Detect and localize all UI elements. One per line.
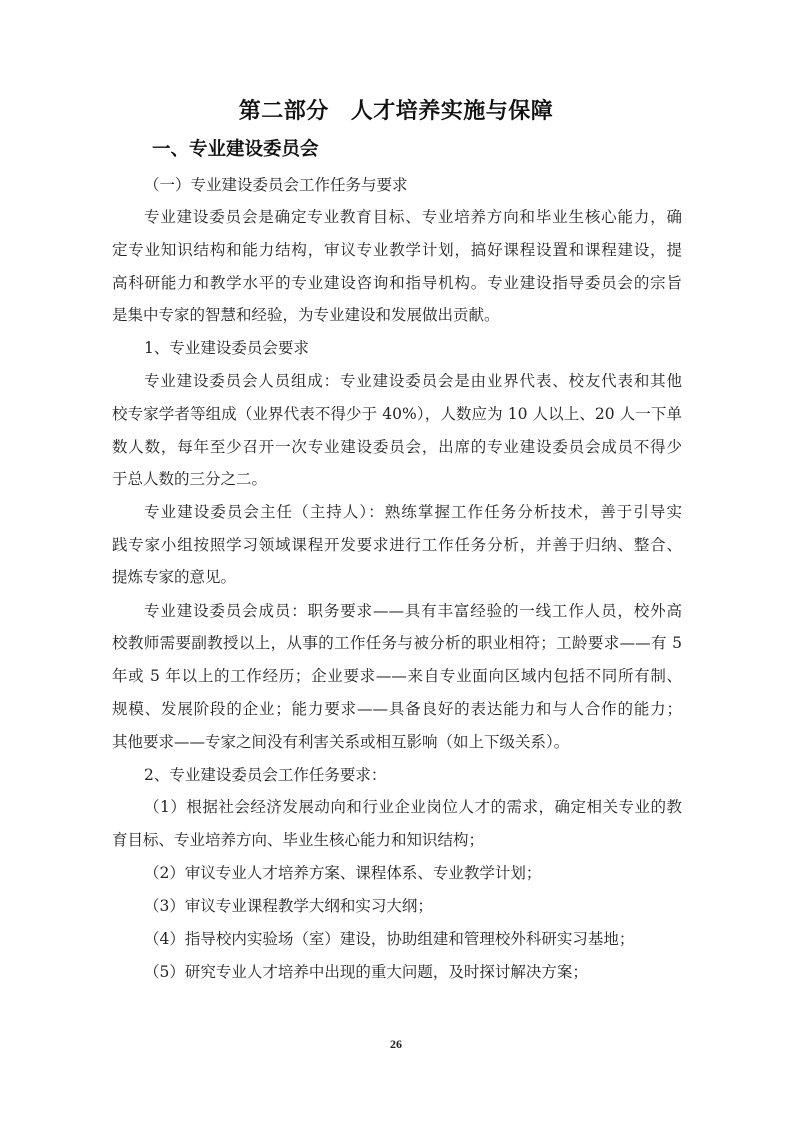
list-item: （1）根据社会经济发展动向和行业企业岗位人才的需求，确定相关专业的教 xyxy=(144,797,682,817)
paragraph-line: 践专家小组按照学习领域课程开发要求进行工作任务分析，并善于归纳、整合、 xyxy=(112,535,682,555)
paragraph-line: 校专家学者等组成（业界代表不得少于 40%），人数应为 10 人以上、20 人一… xyxy=(112,404,682,424)
document-page: 第二部分人才培养实施与保障 一、专业建设委员会 （一）专业建设委员会工作任务与要… xyxy=(0,0,792,1122)
list-item: （4）指导校内实验场（室）建设，协助组建和管理校外科研实习基地； xyxy=(144,929,682,949)
paragraph-line: 专业建设委员会是确定专业教育目标、专业培养方向和毕业生核心能力，确 xyxy=(144,207,682,227)
page-number: 26 xyxy=(0,1037,792,1052)
section-heading: 一、专业建设委员会 xyxy=(152,135,319,161)
list-item-continuation: 育目标、专业培养方向、毕业生核心能力和知识结构； xyxy=(112,830,682,850)
part-title: 第二部分人才培养实施与保障 xyxy=(0,94,792,125)
paragraph-line: 专业建设委员会主任（主持人）：熟练掌握工作任务分析技术，善于引导实 xyxy=(144,502,682,522)
subsection-heading: （一）专业建设委员会工作任务与要求 xyxy=(144,175,714,195)
paragraph-line: 于总人数的三分之二。 xyxy=(112,469,682,489)
list-item: （2）审议专业人才培养方案、课程体系、专业教学计划； xyxy=(144,863,682,883)
paragraph-line: 专业建设委员会成员：职务要求——具有丰富经验的一线工作人员，校外高 xyxy=(144,601,682,621)
paragraph-line: 专业建设委员会人员组成：专业建设委员会是由业界代表、校友代表和其他 xyxy=(144,371,682,391)
list-item: （3）审议专业课程教学大纲和实习大纲； xyxy=(144,896,682,916)
paragraph-line: 其他要求——专家之间没有利害关系或相互影响（如上下级关系）。 xyxy=(112,732,682,752)
subheading-2: 2、专业建设委员会工作任务要求： xyxy=(144,765,714,785)
paragraph-line: 年或 5 年以上的工作经历；企业要求——来自专业面向区域内包括不同所有制、 xyxy=(112,666,682,686)
paragraph-line: 数人数，每年至少召开一次专业建设委员会，出席的专业建设委员会成员不得少 xyxy=(112,437,682,457)
list-item: （5）研究专业人才培养中出现的重大问题，及时探讨解决方案； xyxy=(144,962,682,982)
paragraph-line: 定专业知识结构和能力结构，审议专业教学计划，搞好课程设置和课程建设，提 xyxy=(112,240,682,260)
part-label: 第二部分 xyxy=(239,99,329,124)
paragraph-line: 提炼专家的意见。 xyxy=(112,567,682,587)
paragraph-line: 校教师需要副教授以上，从事的工作任务与被分析的职业相符；工龄要求——有 5 xyxy=(112,633,682,653)
part-subtitle: 人才培养实施与保障 xyxy=(351,99,554,124)
paragraph-line: 是集中专家的智慧和经验，为专业建设和发展做出贡献。 xyxy=(112,305,682,325)
paragraph-line: 规模、发展阶段的企业；能力要求——具备良好的表达能力和与人合作的能力； xyxy=(112,699,682,719)
subheading-1: 1、专业建设委员会要求 xyxy=(144,338,714,358)
paragraph-line: 高科研能力和教学水平的专业建设咨询和指导机构。专业建设指导委员会的宗旨 xyxy=(112,273,682,293)
